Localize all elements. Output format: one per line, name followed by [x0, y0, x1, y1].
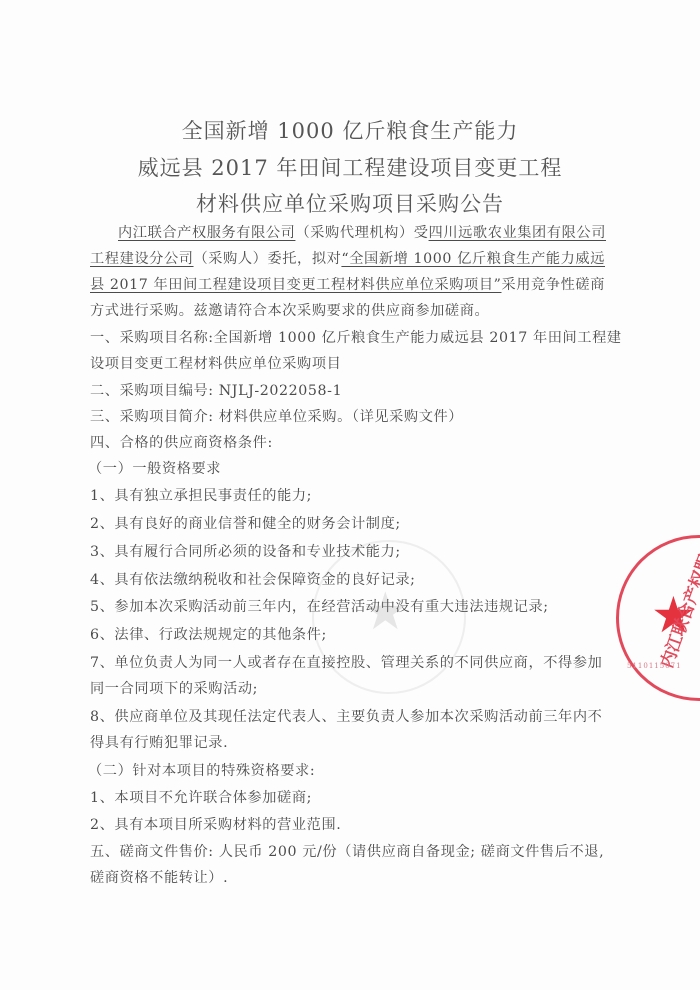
general-item-cont: 同一合同项下的采购活动;	[90, 678, 258, 698]
section-5-line-1: 五、磋商文件售价: 人民币 200 元/份（请供应商自备现金; 磋商文件售后不退…	[90, 841, 604, 861]
special-item: 2、具有本项目所采购材料的营业范围.	[90, 814, 341, 834]
general-requirements-heading: （一）一般资格要求	[88, 458, 221, 478]
faint-seal-stamp: ★	[312, 540, 466, 694]
general-item: 6、法律、行政法规规定的其他条件;	[90, 624, 327, 644]
title-line-3: 材料供应单位采购项目采购公告	[0, 188, 700, 218]
project-name-quote-cont: 县 2017 年田间工程建设项目变更工程材料供应单位采购项目”	[90, 277, 501, 293]
agency-name: 内江联合产权服务有限公司	[118, 225, 295, 241]
section-3-project-summary: 三、采购项目简介: 材料供应单位采购。（详见采购文件）	[90, 406, 463, 426]
intro-line-1: 内江联合产权服务有限公司（采购代理机构）受四川远歌农业集团有限公司	[118, 222, 606, 242]
general-item: 8、供应商单位及其现任法定代表人、主要负责人参加本次采购活动前三年内不	[90, 706, 602, 726]
purchaser-name: 四川远歌农业集团有限公司	[429, 225, 606, 241]
section-1-line-2: 设项目变更工程材料供应单位采购项目	[90, 353, 341, 373]
intro-text: （采购代理机构）受	[295, 225, 428, 241]
general-item: 2、具有良好的商业信誉和健全的财务会计制度;	[90, 513, 401, 533]
section-2-project-number: 二、采购项目编号: NJLJ-2022058-1	[90, 380, 342, 400]
section-4-heading: 四、合格的供应商资格条件:	[90, 432, 273, 452]
document-page: 全国新增 1000 亿斤粮食生产能力 威远县 2017 年田间工程建设项目变更工…	[0, 0, 700, 990]
intro-line-4: 方式进行采购。兹邀请符合本次采购要求的供应商参加磋商。	[90, 300, 489, 320]
section-1-line-1: 一、采购项目名称:全国新增 1000 亿斤粮食生产能力威远县 2017 年田间工…	[90, 327, 622, 347]
intro-text: （采购人）委托，拟对	[194, 251, 342, 267]
section-5-line-2: 磋商资格不能转让）.	[90, 867, 228, 887]
red-company-seal: ★ 内江联合产权服 5110115071	[616, 535, 700, 701]
special-item: 1、本项目不允许联合体参加磋商;	[90, 787, 312, 807]
project-name-quote: “全国新增 1000 亿斤粮食生产能力威远	[341, 251, 605, 267]
star-icon: ★	[362, 582, 409, 642]
general-item: 1、具有独立承担民事责任的能力;	[90, 485, 312, 505]
special-requirements-heading: （二）针对本项目的特殊资格要求:	[88, 760, 315, 780]
general-item-cont: 得具有行贿犯罪记录.	[90, 732, 228, 752]
intro-line-2: 工程建设分公司（采购人）委托，拟对“全国新增 1000 亿斤粮食生产能力威远	[90, 248, 605, 268]
intro-text: 采用竞争性磋商	[501, 277, 605, 293]
purchaser-branch: 工程建设分公司	[90, 251, 194, 267]
intro-line-3: 县 2017 年田间工程建设项目变更工程材料供应单位采购项目”采用竞争性磋商	[90, 274, 605, 294]
title-line-1: 全国新增 1000 亿斤粮食生产能力	[0, 115, 700, 145]
seal-number: 5110115071	[627, 662, 682, 670]
title-line-2: 威远县 2017 年田间工程建设项目变更工程	[0, 152, 700, 182]
